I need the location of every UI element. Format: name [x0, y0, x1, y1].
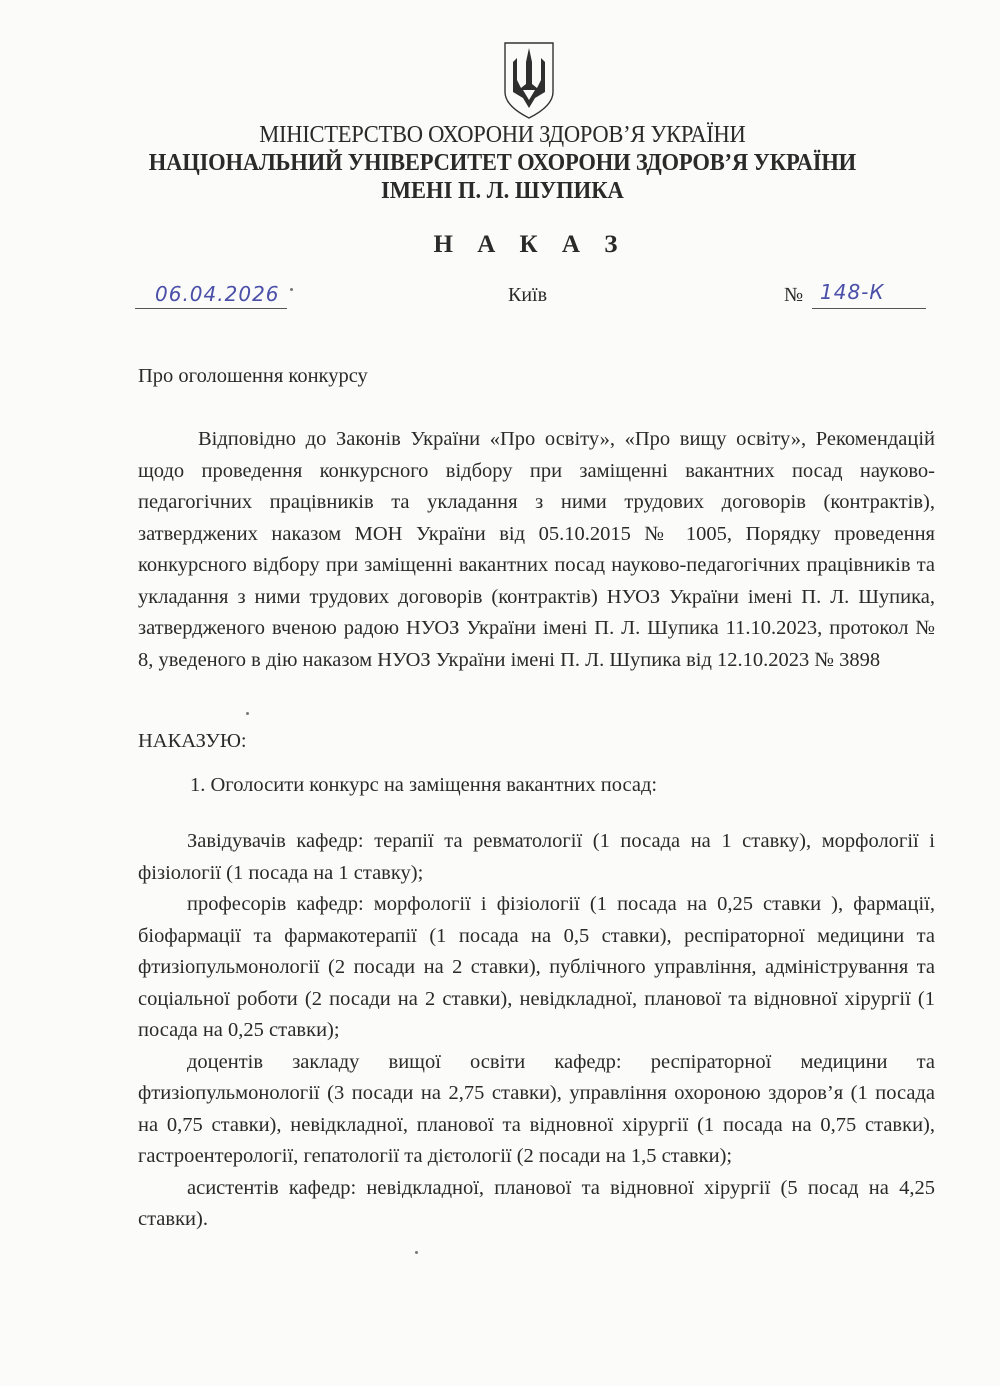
coat-of-arms-icon [501, 40, 557, 120]
subject-line: Про оголошення конкурсу [138, 361, 935, 393]
position-heads: Завідувачів кафедр: терапії та ревматоло… [138, 826, 935, 889]
scan-speck [415, 1251, 418, 1254]
date-field: 06.04.2026 [135, 276, 287, 309]
number-label: № [784, 284, 803, 307]
ministry-name: МІНІСТЕРСТВО ОХОРОНИ ЗДОРОВ’Я УКРАЇНИ [42, 121, 962, 149]
position-professors: професорів кафедр: морфології і фізіолог… [138, 889, 935, 1047]
order-word: НАКАЗУЮ: [138, 726, 935, 758]
positions-list: Завідувачів кафедр: терапії та ревматоло… [138, 826, 935, 1236]
preamble-paragraph: Відповідно до Законів України «Про освіт… [138, 424, 935, 676]
document-page: МІНІСТЕРСТВО ОХОРОНИ ЗДОРОВ’Я УКРАЇНИ НА… [0, 0, 1000, 1386]
university-name-line2: ІМЕНІ П. Л. ШУПИКА [42, 177, 962, 205]
university-name: НАЦІОНАЛЬНИЙ УНІВЕРСИТЕТ ОХОРОНИ ЗДОРОВ’… [42, 149, 962, 177]
order-number: 148-К [820, 280, 885, 304]
position-associate-professors: доцентів закладу вищої освіти кафедр: ре… [138, 1047, 935, 1173]
document-title: Н А К А З [30, 231, 1000, 259]
scan-speck [246, 712, 249, 715]
scan-speck [290, 288, 293, 291]
date-value: 06.04.2026 [155, 282, 280, 306]
item-1: 1. Оголосити конкурс на заміщення вакант… [190, 770, 935, 802]
position-assistants: асистентів кафедр: невідкладної, планово… [138, 1173, 935, 1236]
city: Київ [508, 284, 547, 307]
number-field: 148-К [812, 276, 926, 309]
